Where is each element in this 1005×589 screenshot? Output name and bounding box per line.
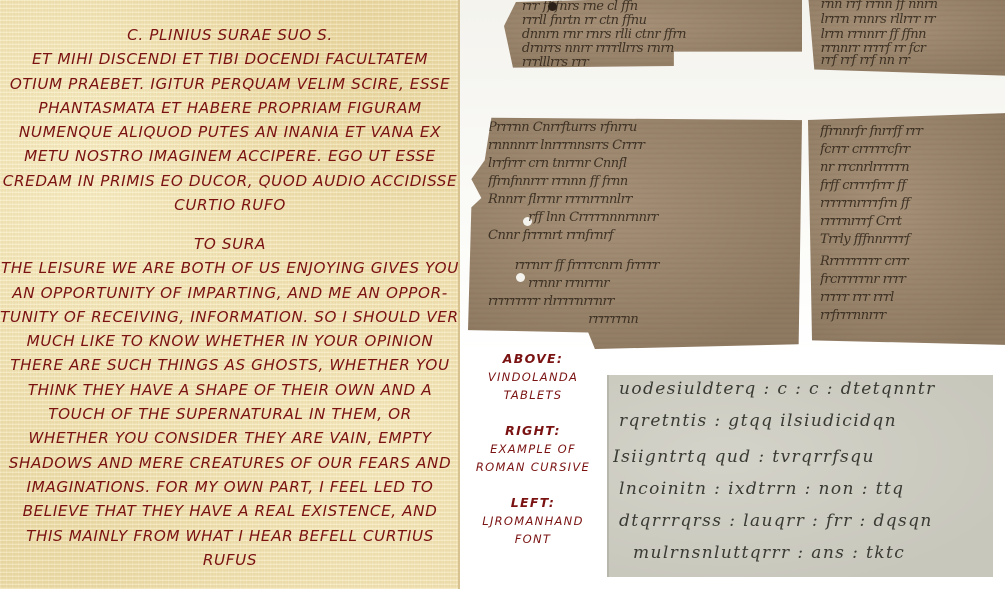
text-line: MUCH LIKE TO KNOW WHETHER IN YOUR OPINIO… [0,329,460,353]
caption-spacer [462,476,604,494]
tablet-script: rrrrrrrrr rlrrrrnrrnrr [488,293,789,311]
cursive-line: Isiigntrtq qud : tvrqrrfsqu [613,447,987,467]
text-line: METU NOSTRO IMAGINEM ACCIPERE. EGO UT ES… [0,144,460,168]
text-line: C. PLINIUS SURAE SUO S. [0,23,460,47]
text-line: PHANTASMATA ET HABERE PROPRIAM FIGURAM [0,96,460,120]
tablet-script: fcrrr crrrrrcfrr [820,141,1000,159]
text-line: WHETHER YOU CONSIDER THEY ARE VAIN, EMPT… [0,426,460,450]
text-line: TOUCH OF THE SUPERNATURAL IN THEM, OR [0,402,460,426]
caption-left-text: FONT [462,530,604,548]
tablet-script: rrrlllrrs rrr [522,54,790,72]
text-line: CREDAM IN PRIMIS EO DUCOR, QUOD AUDIO AC… [0,169,460,193]
text-line: RUFUS [0,548,460,572]
text-line: TO SURA [0,232,460,256]
tablet-script: rrrnrr ff frrrrcnrn frrrrr [515,257,789,275]
text-line: NUMENQUE ALIQUOD PUTES AN INANIA ET VANA… [0,120,460,144]
tablet-script: frff crrrrfrrr ff [820,177,1000,195]
roman-cursive-sample: uodesiuldterq : c : c : dtetqnntr rqretn… [607,375,993,577]
text-line: OTIUM PRAEBET. IGITUR PERQUAM VELIM SCIR… [0,72,460,96]
wooden-tablet-bottom-left: Prrrnn Cnrrfturrs rfnrru rnnnnrr lnrrrnn… [468,113,802,349]
tablet-script: rrfrrrnnrrr [820,307,1000,325]
caption-above-text: VINDOLANDA [462,368,604,386]
caption-above-label: ABOVE: [462,350,604,368]
tablet-script: Rrrrrrrrrr crrr [820,253,1000,271]
caption-right-text: EXAMPLE OF [462,440,604,458]
tablet-script: rff lnn Crrrrnnnrnnrr [528,209,789,227]
text-line: BELIEVE THAT THEY HAVE A REAL EXISTENCE,… [0,499,460,523]
text-line: ET MIHI DISCENDI ET TIBI DOCENDI FACULTA… [0,47,460,71]
tablet-script: rrnnr rrnrrnr [528,275,789,293]
cursive-line: uodesiuldterq : c : c : dtetqnntr [619,379,987,399]
tablet-script: Cnnr frrrnrt rrnfrnrf [488,227,789,245]
image-caption: ABOVE: VINDOLANDA TABLETS RIGHT: EXAMPLE… [462,350,604,548]
tablet-script: ffrnnrfr fnrrff rrr [820,123,1000,141]
tablet-script: Trrly fffnnrrrrf [820,231,1000,249]
tablet-script: Rnnrr flrrnr rrrnrrnnlrr [488,191,789,209]
text-line: THINK THEY HAVE A SHAPE OF THEIR OWN AND… [0,378,460,402]
text-line: SHADOWS AND MERE CREATURES OF OUR FEARS … [0,451,460,475]
text-line: AN OPPORTUNITY OF IMPARTING, AND ME AN O… [0,281,460,305]
caption-spacer [462,404,604,422]
wooden-tablet-top-right: rnn rrf rrnn ff nnrn lrrrn rnnrs rllrrr … [808,0,1005,76]
tablet-script: ffrnfnnrrr rrnnn ff frnn [488,173,789,191]
text-line: THIS MAINLY FROM WHAT I HEAR BEFELL CURT… [0,524,460,548]
tablet-script: rrrrrrnn [588,311,788,329]
cursive-line: mulrnsnluttqrrr : ans : tktc [633,543,987,563]
tablet-script: frcrrrrrnr rrrr [820,271,1000,289]
cursive-line: lncoinitn : ixdtrrn : non : ttq [619,479,987,499]
cursive-line: dtqrrrqrss : lauqrr : frr : dqsqn [619,511,987,531]
latin-letter-text: C. PLINIUS SURAE SUO S. ET MIHI DISCENDI… [0,23,460,217]
english-translation-text: TO SURA THE LEISURE WE ARE BOTH OF US EN… [0,232,460,572]
caption-right-label: RIGHT: [462,422,604,440]
wooden-tablet-top-left: rrr ff fnrs rne cl ffn rrrll fnrtn rr ct… [504,0,802,74]
tablet-script: rnnnnrr lnrrrnnsrrs Crrrr [488,137,789,155]
tablet-script: rrf rrf rrf nn rr [821,52,1005,70]
tablet-script: lrrfrrr crn tnrrnr Cnnfl [488,155,789,173]
text-line: IMAGINATIONS. FOR MY OWN PART, I FEEL LE… [0,475,460,499]
caption-left-label: LEFT: [462,494,604,512]
text-line: THE LEISURE WE ARE BOTH OF US ENJOYING G… [0,256,460,280]
text-line: TUNITY OF RECEIVING, INFORMATION. SO I S… [0,305,460,329]
tablet-script: rrrrrnrrrrfrn ff [820,195,1000,213]
caption-above-text: TABLETS [462,386,604,404]
tablet-script: Prrrnn Cnrrfturrs rfnrru [488,119,789,137]
caption-left-text: LJROMANHAND [462,512,604,530]
text-line: CURTIO RUFO [0,193,460,217]
tablet-script: nr rrcnrlrrrrrn [820,159,1000,177]
papyrus-panel: C. PLINIUS SURAE SUO S. ET MIHI DISCENDI… [0,0,460,589]
caption-right-text: ROMAN CURSIVE [462,458,604,476]
tablet-script: rrrrr rrr rrrl [820,289,1000,307]
text-line: THERE ARE SUCH THINGS AS GHOSTS, WHETHER… [0,353,460,377]
tablet-script: rrrrnrrrf Crrt [820,213,1000,231]
wooden-tablet-bottom-right: ffrnnrfr fnrrff rrr fcrrr crrrrrcfrr nr … [808,113,1005,345]
cursive-line: rqretntis : gtqq ilsiudicidqn [619,411,987,431]
